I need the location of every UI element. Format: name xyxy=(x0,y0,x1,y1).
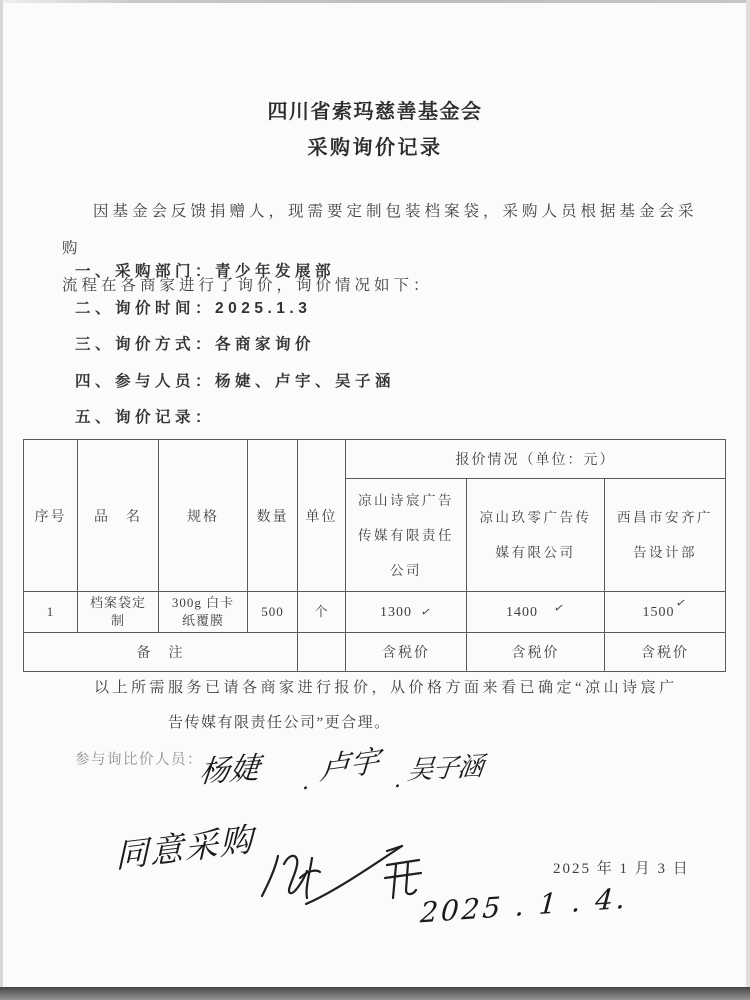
handwritten-approval-note: 同意采购 xyxy=(115,813,255,877)
inquiry-table: 序号 品 名 规格 数量 单位 报价情况（单位：元） 凉山诗宸广告传媒有限责任公… xyxy=(23,439,726,672)
participants-label: 参与询比价人员： xyxy=(75,748,203,769)
cell-no: 1 xyxy=(24,592,78,633)
col-header-name: 品 名 xyxy=(78,440,159,592)
remark-unit-empty-cell xyxy=(298,633,346,672)
handwritten-check-icon: ✓ xyxy=(552,598,566,618)
handwritten-signature-3: 吴子涵 xyxy=(406,746,485,787)
col-header-no: 序号 xyxy=(24,440,78,592)
scanned-page: 四川省索玛慈善基金会 采购询价记录 因基金会反馈捐赠人，现需要定制包装档案袋，采… xyxy=(0,0,750,1000)
remark-vendor-1: 含税价 xyxy=(346,633,467,672)
price-value-3: 1500 xyxy=(642,605,674,620)
cell-spec: 300g 白卡纸覆膜 xyxy=(159,592,248,633)
handwritten-check-icon: ✓ xyxy=(675,593,689,613)
vendor-header-2: 凉山玖零广告传媒有限公司 xyxy=(467,479,605,592)
remark-vendor-3: 含税价 xyxy=(605,633,726,672)
signature-separator-dot: . xyxy=(394,768,401,793)
cell-unit: 个 xyxy=(298,592,346,633)
remark-label-cell: 备 注 xyxy=(24,633,298,672)
cell-price-vendor-1: 1300✓ xyxy=(346,592,467,633)
scan-edge-top xyxy=(0,0,750,3)
price-value-2: 1400 xyxy=(506,605,538,620)
conclusion-line-1: 以上所需服务已请各商家进行报价，从价格方面来看已确定“凉山诗宸广 xyxy=(62,676,722,697)
handwritten-date: 2025 . 1 . 4. xyxy=(419,882,629,930)
list-item-inquiry-method: 三、询价方式：各商家询价 xyxy=(75,327,695,364)
list-item-inquiry-date: 二、询价时间：2025.1.3 xyxy=(75,291,695,328)
handwritten-signature-2: 卢宇 xyxy=(319,735,382,788)
handwritten-signature-1: 杨婕 xyxy=(198,743,263,792)
col-header-qty: 数量 xyxy=(248,440,298,592)
col-header-spec: 规格 xyxy=(159,440,248,592)
conclusion-line-2: 告传媒有限责任公司”更合理。 xyxy=(168,711,391,732)
price-value-1: 1300 xyxy=(380,605,412,620)
signature-separator-dot: . xyxy=(302,770,309,795)
scan-edge-bottom xyxy=(0,987,750,1000)
vendor-header-3: 西昌市安齐广告设计部 xyxy=(605,479,726,592)
vendor-header-1: 凉山诗宸广告传媒有限责任公司 xyxy=(346,479,467,592)
list-item-inquiry-record: 五、询价记录： xyxy=(75,400,695,437)
printed-date: 2025 年 1 月 3 日 xyxy=(553,857,690,878)
inquiry-table-wrapper: 序号 品 名 规格 数量 单位 报价情况（单位：元） 凉山诗宸广告传媒有限责任公… xyxy=(23,439,726,672)
col-header-unit: 单位 xyxy=(298,440,346,592)
handwritten-check-icon: ✓ xyxy=(419,602,433,622)
cell-price-vendor-2: 1400✓ xyxy=(467,592,605,633)
cell-price-vendor-3: 1500✓ xyxy=(605,592,726,633)
cell-name: 档案袋定制 xyxy=(78,592,159,633)
numbered-list: 一、采购部门：青少年发展部 二、询价时间：2025.1.3 三、询价方式：各商家… xyxy=(75,254,695,437)
cell-qty: 500 xyxy=(248,592,298,633)
approval-signature-scrawl xyxy=(250,838,430,918)
doc-subtitle: 采购询价记录 xyxy=(0,131,750,160)
list-item-department: 一、采购部门：青少年发展部 xyxy=(75,254,695,291)
page-title: 四川省索玛慈善基金会 xyxy=(0,95,750,124)
quote-section-header: 报价情况（单位：元） xyxy=(346,440,726,479)
remark-vendor-2: 含税价 xyxy=(467,633,605,672)
list-item-participants: 四、参与人员：杨婕、卢宇、吴子涵 xyxy=(75,364,695,401)
